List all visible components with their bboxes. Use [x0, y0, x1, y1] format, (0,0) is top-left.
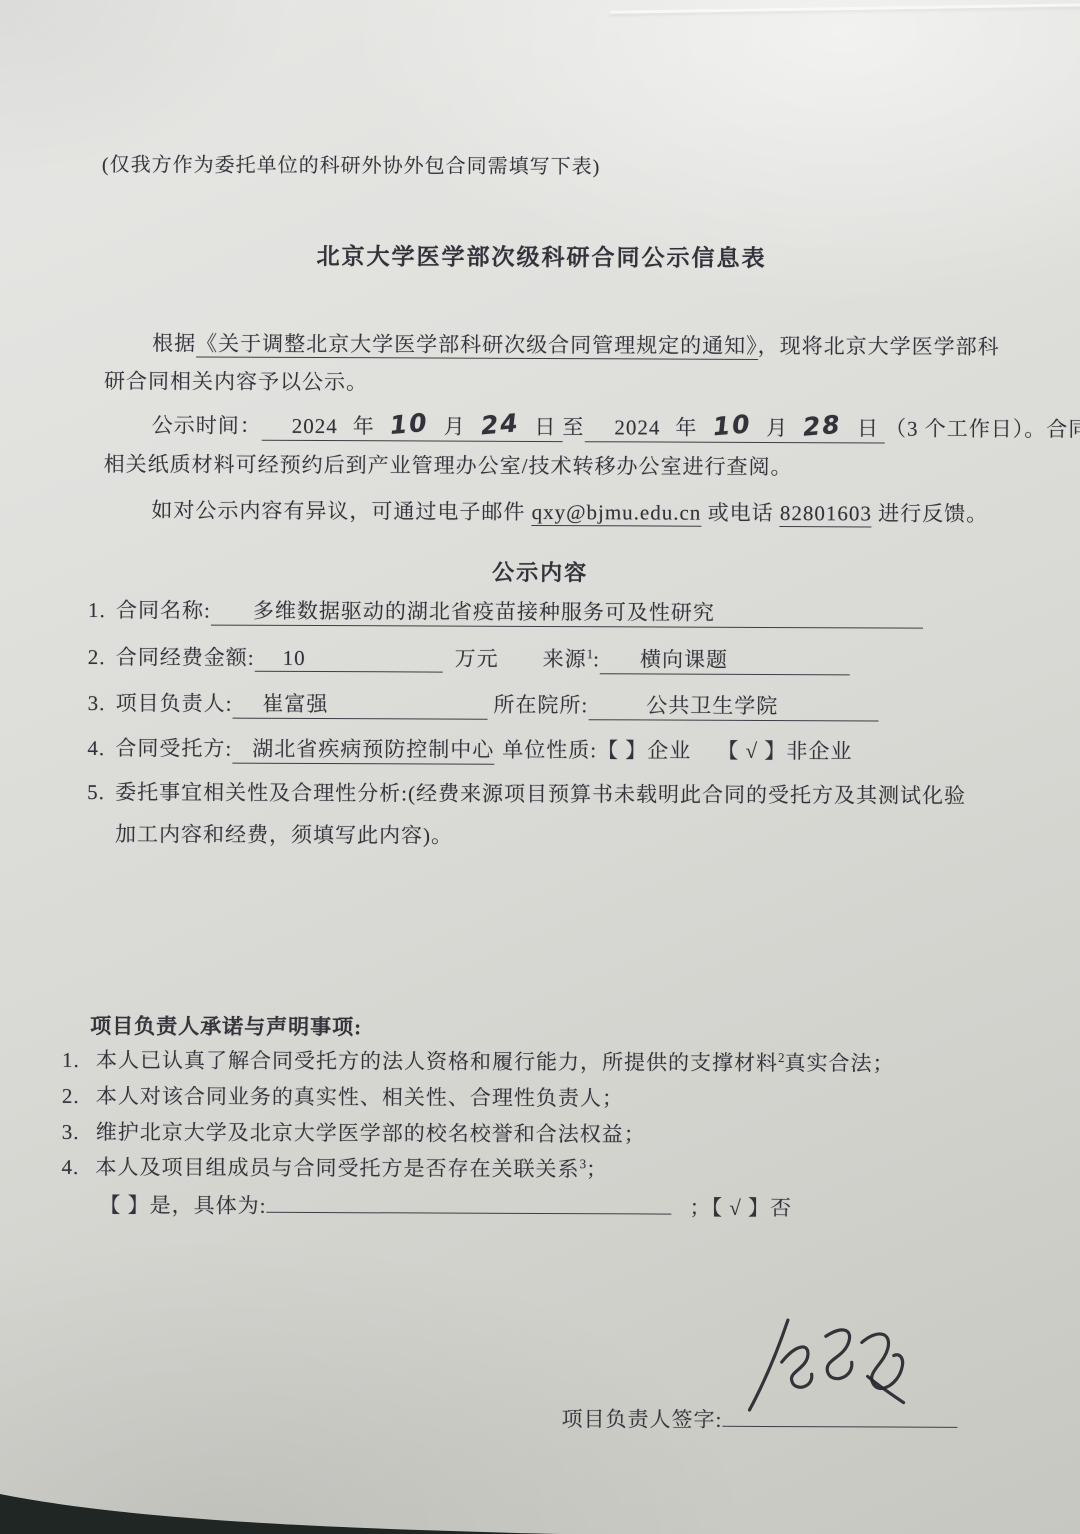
item-label: 合同受托方: [115, 736, 232, 761]
handwritten-from-day: 24 [480, 410, 521, 438]
period-to-blank: 2024年10月28日 [584, 411, 885, 443]
publicity-period-line-2: 相关纸质材料可经预约后到产业管理办公室/技术转移办公室进行查阅。 [104, 448, 793, 481]
intro-pre: 根据 [152, 331, 196, 355]
month-unit: 月 [444, 415, 466, 439]
feedback-pre: 如对公示内容有异议，可通过电子邮件 [151, 498, 531, 524]
item-contract-amount: 2.合同经费金额:10万元来源1:横向课题 [88, 641, 850, 675]
item-number: 5. [87, 780, 115, 805]
declaration-text-tail: 真实合法； [784, 1051, 894, 1075]
declaration-text: 维护北京大学及北京大学医学部的校名校誉和合法权益； [96, 1120, 646, 1146]
yes-detail-blank [266, 1212, 671, 1215]
document-photo: (仅我方作为委托单位的科研外协外包合同需填写下表) 北京大学医学部次级科研合同公… [0, 0, 1080, 1534]
item-number: 4. [87, 736, 115, 761]
dept-blank: 公共卫生学院 [588, 689, 878, 721]
analysis-line-1: (经费来源项目预算书未载明此合同的受托方及其测试化验 [408, 781, 966, 807]
intro-line-2: 研合同相关内容予以公示。 [104, 365, 368, 396]
contract-name-blank: 多维数据驱动的湖北省疫苗接种服务可及性研究 [211, 595, 923, 629]
item-label: 合同名称: [116, 598, 211, 622]
declaration-item: 4.本人及项目组成员与合同受托方是否存在关联关系3； [62, 1151, 609, 1183]
publicity-period-line: 公示时间：2024年10月24日至2024年10月28日（3 个工作日）。合同 [152, 409, 1080, 444]
nature-label: 单位性质: [502, 738, 597, 762]
item-label: 委托事宜相关性及合理性分析: [115, 780, 408, 805]
intro-line-1: 根据《关于调整北京大学医学部科研次级合同管理规定的通知》，现将北京大学医学部科 [152, 327, 1000, 361]
day-unit: 日 [857, 416, 879, 440]
declaration-number: 2. [62, 1084, 96, 1109]
source-value: 横向课题 [640, 647, 728, 671]
trustee-value: 湖北省疾病预防控制中心 [252, 737, 494, 762]
declaration-text: 本人已认真了解合同受托方的法人资格和履行能力，所提供的支撑材料 [96, 1048, 778, 1075]
table-surface-dark-edge [0, 1492, 560, 1534]
declaration-item: 2.本人对该合同业务的真实性、相关性、合理性负责人； [62, 1080, 624, 1112]
feedback-phone: 82801603 [780, 501, 872, 527]
item-project-leader: 3.项目负责人:崔富强所在院所:公共卫生学院 [88, 687, 879, 721]
period-from-year: 2024 [292, 414, 338, 438]
item-contract-trustee: 4.合同受托方:湖北省疾病预防控制中心单位性质:【 】企业【 √ 】非企业 [87, 732, 852, 766]
item-rationality-analysis: 5.委托事宜相关性及合理性分析:(经费来源项目预算书未载明此合同的受托方及其测试… [87, 776, 966, 810]
signature-label: 项目负责人签字: [561, 1407, 722, 1432]
declaration-number: 1. [62, 1048, 96, 1073]
amount-blank: 10 [255, 646, 443, 673]
section-heading: 公示内容 [0, 554, 1080, 590]
year-unit: 年 [353, 414, 375, 438]
day-unit: 日 [534, 415, 556, 439]
feedback-tail: 进行反馈。 [872, 501, 988, 526]
leader-blank: 崔富强 [232, 688, 487, 720]
checkbox-yes: 【 】是，具体为: [99, 1193, 266, 1218]
period-tail: （3 个工作日）。合同 [885, 417, 1080, 442]
handwritten-from-month: 10 [389, 410, 430, 438]
document-title: 北京大学医学部次级科研合同公示信息表 [1, 237, 1080, 275]
period-label: 公示时间： [152, 413, 262, 437]
declaration-number: 3. [62, 1120, 96, 1145]
to-word: 至 [562, 415, 584, 439]
declaration-item: 3.维护北京大学及北京大学医学部的校名校誉和合法权益； [62, 1116, 646, 1149]
top-note: (仅我方作为委托单位的科研外协外包合同需填写下表) [102, 148, 600, 179]
source-label: 来源 [543, 647, 587, 671]
notice-title-underlined: 《关于调整北京大学医学部科研次级合同管理规定的通知》 [196, 331, 758, 359]
leader-name: 崔富强 [262, 692, 328, 716]
period-to-year: 2024 [614, 415, 660, 439]
declaration-text-tail: ； [586, 1157, 608, 1181]
trustee-blank: 湖北省疾病预防控制中心 [232, 733, 494, 765]
checkbox-no-checked: ；【 √ 】否 [689, 1196, 792, 1220]
declaration-heading: 项目负责人承诺与声明事项: [90, 1010, 362, 1041]
declaration-number: 4. [62, 1155, 96, 1180]
declaration-item: 1.本人已认真了解合同受托方的法人资格和履行能力，所提供的支撑材料2真实合法； [62, 1044, 895, 1078]
intro-post: ，现将北京大学医学部科 [758, 334, 1000, 359]
item-number: 3. [88, 691, 116, 716]
handwritten-to-day: 28 [802, 412, 843, 440]
month-unit: 月 [766, 416, 788, 440]
checkbox-non-enterprise-checked: 【 √ 】非企业 [717, 739, 852, 764]
handwritten-to-month: 10 [711, 411, 752, 439]
item-label: 合同经费金额: [116, 645, 255, 670]
year-unit: 年 [675, 416, 697, 440]
signature-blank [722, 1426, 957, 1428]
declaration-text: 本人对该合同业务的真实性、相关性、合理性负责人； [96, 1084, 624, 1110]
declaration-text: 本人及项目组成员与合同受托方是否存在关联关系 [96, 1155, 580, 1181]
dept-value: 公共卫生学院 [646, 693, 778, 718]
dept-label: 所在院所: [493, 693, 588, 717]
item-number: 2. [88, 645, 116, 670]
contract-name-value: 多维数据驱动的湖北省疫苗接种服务可及性研究 [253, 599, 715, 625]
related-relationship-line: 【 】是，具体为:；【 √ 】否 [99, 1189, 792, 1222]
analysis-line-2: 加工内容和经费，须填写此内容)。 [115, 818, 453, 849]
item-label: 项目负责人: [116, 691, 233, 716]
feedback-mid: 或电话 [701, 501, 780, 525]
amount-value: 10 [283, 646, 306, 670]
item-contract-name: 1.合同名称:多维数据驱动的湖北省疫苗接种服务可及性研究 [88, 594, 923, 629]
item-number: 1. [88, 598, 116, 623]
document-sheet: (仅我方作为委托单位的科研外协外包合同需填写下表) 北京大学医学部次级科研合同公… [0, 0, 1080, 1534]
feedback-email: qxy@bjmu.edu.cn [532, 500, 702, 527]
period-from-blank: 2024年10月24日 [262, 410, 563, 442]
checkbox-enterprise: 【 】企业 [597, 738, 691, 762]
signature-handwriting [741, 1314, 921, 1419]
feedback-line: 如对公示内容有异议，可通过电子邮件 qxy@bjmu.edu.cn 或电话 82… [151, 494, 988, 528]
source-blank: 横向课题 [600, 643, 850, 675]
amount-unit: 万元 [455, 647, 499, 671]
